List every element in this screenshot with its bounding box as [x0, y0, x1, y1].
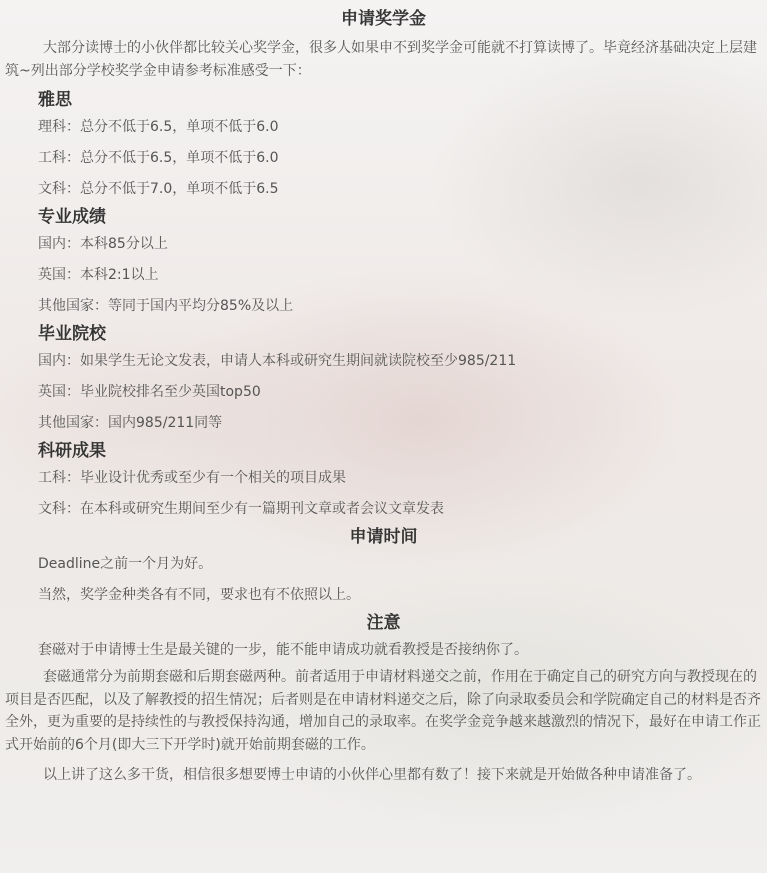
university-other: 其他国家：国内985/211同等: [0, 408, 767, 439]
research-engineering: 工科：毕业设计优秀或至少有一个相关的项目成果: [0, 463, 767, 494]
subheading-research: 科研成果: [0, 439, 767, 463]
scholarship-intro: 大部分读博士的小伙伴都比较关心奖学金，很多人如果申不到奖学金可能就不打算读博了。…: [0, 37, 767, 82]
section-title-timing: 申请时间: [0, 525, 767, 549]
notes-paragraph-1: 套磁通常分为前期套磁和后期套磁两种。前者适用于申请材料递交之前，作用在于确定自己…: [0, 666, 767, 756]
timing-line-deadline: Deadline之前一个月为好。: [0, 549, 767, 580]
subheading-ielts: 雅思: [0, 88, 767, 112]
grades-other: 其他国家：等同于国内平均分85%及以上: [0, 291, 767, 322]
subheading-grades: 专业成绩: [0, 205, 767, 229]
research-arts: 文科：在本科或研究生期间至少有一篇期刊文章或者会议文章发表: [0, 494, 767, 525]
ielts-engineering: 工科：总分不低于6.5，单项不低于6.0: [0, 143, 767, 174]
ielts-science: 理科：总分不低于6.5，单项不低于6.0: [0, 112, 767, 143]
university-uk: 英国：毕业院校排名至少英国top50: [0, 377, 767, 408]
section-title-notes: 注意: [0, 611, 767, 635]
ielts-arts: 文科：总分不低于7.0，单项不低于6.5: [0, 174, 767, 205]
notes-paragraph-2: 以上讲了这么多干货，相信很多想要博士申请的小伙伴心里都有数了！接下来就是开始做各…: [0, 764, 767, 787]
timing-line-varies: 当然，奖学金种类各有不同，要求也有不依照以上。: [0, 580, 767, 611]
grades-domestic: 国内：本科85分以上: [0, 229, 767, 260]
grades-uk: 英国：本科2:1以上: [0, 260, 767, 291]
section-title-scholarship: 申请奖学金: [0, 7, 767, 31]
notes-line-1: 套磁对于申请博士生是最关键的一步，能不能申请成功就看教授是否接纳你了。: [0, 635, 767, 666]
university-domestic: 国内：如果学生无论文发表，申请人本科或研究生期间就读院校至少985/211: [0, 346, 767, 377]
subheading-university: 毕业院校: [0, 322, 767, 346]
article: 申请奖学金 大部分读博士的小伙伴都比较关心奖学金，很多人如果申不到奖学金可能就不…: [0, 0, 767, 787]
